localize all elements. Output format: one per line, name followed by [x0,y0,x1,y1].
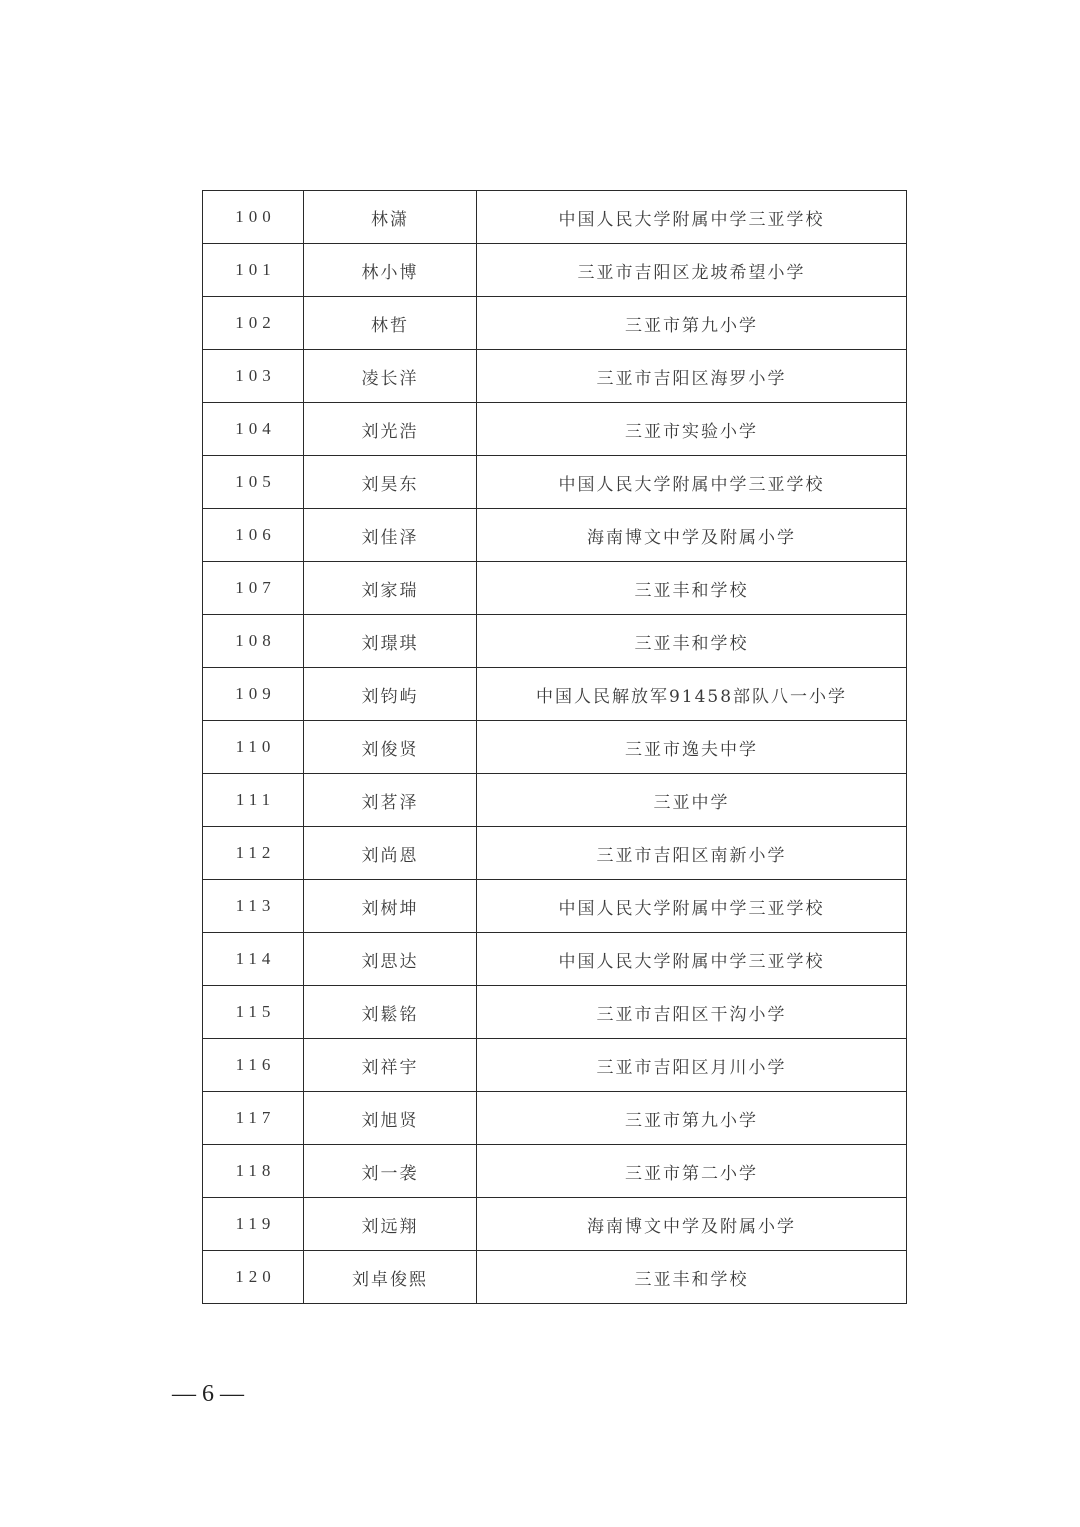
roster-table-body: 100林潇中国人民大学附属中学三亚学校101林小博三亚市吉阳区龙坡希望小学102… [203,191,907,1304]
serial-number-cell: 104 [203,403,304,456]
student-name-cell: 刘树坤 [304,880,477,933]
roster-table: 100林潇中国人民大学附属中学三亚学校101林小博三亚市吉阳区龙坡希望小学102… [202,190,907,1304]
serial-number-cell: 120 [203,1251,304,1304]
school-name-cell: 海南博文中学及附属小学 [477,1198,907,1251]
school-name-cell: 三亚市吉阳区海罗小学 [477,350,907,403]
student-name-cell: 刘茗泽 [304,774,477,827]
student-name-cell: 林小博 [304,244,477,297]
serial-number-cell: 111 [203,774,304,827]
table-row: 118刘一袭三亚市第二小学 [203,1145,907,1198]
student-name-cell: 刘佳泽 [304,509,477,562]
table-row: 113刘树坤中国人民大学附属中学三亚学校 [203,880,907,933]
student-name-cell: 刘远翔 [304,1198,477,1251]
table-row: 116刘祥宇三亚市吉阳区月川小学 [203,1039,907,1092]
serial-number-cell: 112 [203,827,304,880]
table-row: 102林哲三亚市第九小学 [203,297,907,350]
student-name-cell: 凌长洋 [304,350,477,403]
school-name-cell: 中国人民大学附属中学三亚学校 [477,933,907,986]
table-row: 109刘钧屿中国人民解放军91458部队八一小学 [203,668,907,721]
school-name-cell: 三亚市逸夫中学 [477,721,907,774]
student-name-cell: 刘昊东 [304,456,477,509]
school-name-cell: 三亚市实验小学 [477,403,907,456]
serial-number-cell: 116 [203,1039,304,1092]
table-row: 105刘昊东中国人民大学附属中学三亚学校 [203,456,907,509]
student-name-cell: 林哲 [304,297,477,350]
school-name-cell: 三亚丰和学校 [477,562,907,615]
school-name-cell: 海南博文中学及附属小学 [477,509,907,562]
school-name-cell: 三亚市第九小学 [477,297,907,350]
school-name-cell: 三亚丰和学校 [477,1251,907,1304]
serial-number-cell: 113 [203,880,304,933]
school-name-cell: 三亚中学 [477,774,907,827]
student-name-cell: 刘祥宇 [304,1039,477,1092]
table-row: 101林小博三亚市吉阳区龙坡希望小学 [203,244,907,297]
student-name-cell: 刘钧屿 [304,668,477,721]
serial-number-cell: 114 [203,933,304,986]
serial-number-cell: 108 [203,615,304,668]
school-name-cell: 三亚市第二小学 [477,1145,907,1198]
student-name-cell: 刘尚恩 [304,827,477,880]
serial-number-cell: 118 [203,1145,304,1198]
table-row: 120刘卓俊熙三亚丰和学校 [203,1251,907,1304]
serial-number-cell: 106 [203,509,304,562]
serial-number-cell: 107 [203,562,304,615]
student-name-cell: 刘璟琪 [304,615,477,668]
table-row: 119刘远翔海南博文中学及附属小学 [203,1198,907,1251]
table-row: 110刘俊贤三亚市逸夫中学 [203,721,907,774]
table-row: 103凌长洋三亚市吉阳区海罗小学 [203,350,907,403]
serial-number-cell: 117 [203,1092,304,1145]
student-name-cell: 刘卓俊熙 [304,1251,477,1304]
student-name-cell: 林潇 [304,191,477,244]
table-row: 114刘思达中国人民大学附属中学三亚学校 [203,933,907,986]
student-name-cell: 刘旭贤 [304,1092,477,1145]
student-name-cell: 刘俊贤 [304,721,477,774]
page-number: — 6 — [172,1381,244,1408]
school-name-cell: 三亚丰和学校 [477,615,907,668]
serial-number-cell: 102 [203,297,304,350]
school-name-cell: 中国人民大学附属中学三亚学校 [477,191,907,244]
serial-number-cell: 119 [203,1198,304,1251]
school-name-cell: 三亚市吉阳区月川小学 [477,1039,907,1092]
serial-number-cell: 103 [203,350,304,403]
student-name-cell: 刘家瑞 [304,562,477,615]
table-row: 106刘佳泽海南博文中学及附属小学 [203,509,907,562]
student-name-cell: 刘光浩 [304,403,477,456]
serial-number-cell: 110 [203,721,304,774]
school-name-cell: 三亚市吉阳区龙坡希望小学 [477,244,907,297]
school-name-cell: 中国人民大学附属中学三亚学校 [477,880,907,933]
student-name-cell: 刘思达 [304,933,477,986]
serial-number-cell: 100 [203,191,304,244]
table-row: 112刘尚恩三亚市吉阳区南新小学 [203,827,907,880]
school-name-cell: 三亚市吉阳区南新小学 [477,827,907,880]
table-row: 100林潇中国人民大学附属中学三亚学校 [203,191,907,244]
school-name-cell: 中国人民解放军91458部队八一小学 [477,668,907,721]
table-row: 104刘光浩三亚市实验小学 [203,403,907,456]
serial-number-cell: 115 [203,986,304,1039]
serial-number-cell: 105 [203,456,304,509]
student-name-cell: 刘鬆铭 [304,986,477,1039]
school-name-cell: 三亚市第九小学 [477,1092,907,1145]
table-row: 108刘璟琪三亚丰和学校 [203,615,907,668]
serial-number-cell: 101 [203,244,304,297]
school-name-cell: 中国人民大学附属中学三亚学校 [477,456,907,509]
table-row: 115刘鬆铭三亚市吉阳区干沟小学 [203,986,907,1039]
table-row: 107刘家瑞三亚丰和学校 [203,562,907,615]
school-name-cell: 三亚市吉阳区干沟小学 [477,986,907,1039]
student-name-cell: 刘一袭 [304,1145,477,1198]
serial-number-cell: 109 [203,668,304,721]
table-row: 117刘旭贤三亚市第九小学 [203,1092,907,1145]
table-row: 111刘茗泽三亚中学 [203,774,907,827]
